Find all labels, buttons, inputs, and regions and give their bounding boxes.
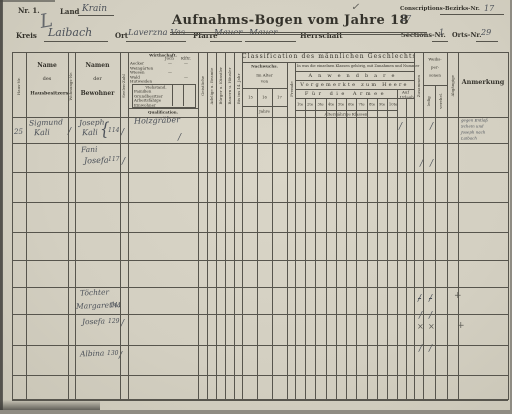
economy-box-title: Wirthschaft. bbox=[147, 53, 180, 58]
class-column-label: Adelige u. Beamte bbox=[209, 68, 215, 105]
ort-value-handwritten: Laverzna Vas bbox=[128, 28, 185, 38]
grid-line bbox=[432, 41, 448, 42]
offspring-age-value: 16 bbox=[260, 95, 268, 99]
grid-line bbox=[242, 88, 287, 89]
female-married-column-label: verehel. bbox=[439, 92, 445, 109]
offspring-age-value: 15 bbox=[246, 95, 254, 99]
entry-inhabitant-firstname: Josefa bbox=[82, 317, 105, 327]
grid-line bbox=[172, 84, 173, 106]
grid-line bbox=[12, 232, 508, 233]
departed-column-label: Abgängige bbox=[450, 68, 456, 105]
entry-conscription-number: 129 bbox=[108, 318, 119, 325]
grid-line bbox=[170, 32, 427, 33]
age-class-header: 5te bbox=[338, 102, 344, 106]
total-column-label: Zusammen bbox=[416, 68, 422, 105]
struck-tick-mark: / bbox=[418, 294, 421, 304]
remark-note-line: Laibach bbox=[461, 136, 477, 141]
sections-number-value: 1 bbox=[439, 28, 444, 37]
owner-column-label-line3: Hausbesitzers bbox=[30, 91, 64, 97]
tick-mark: / bbox=[429, 311, 432, 321]
grid-line bbox=[242, 62, 414, 63]
census-form-sheet: Nr. 1. Land Krain L ✓ Aufnahms-Bogen vom… bbox=[2, 0, 510, 410]
grid-line bbox=[295, 89, 414, 90]
grid-line bbox=[12, 345, 508, 346]
grid-line bbox=[26, 52, 27, 400]
grid-line bbox=[128, 108, 198, 109]
checkmark: ✓ bbox=[351, 2, 359, 13]
grid-line bbox=[12, 52, 13, 400]
grid-line bbox=[423, 85, 447, 86]
offspring-age-caption-line1: Im Alter bbox=[251, 73, 278, 78]
economy-dash: — bbox=[168, 70, 172, 75]
entry-house-number: 25 bbox=[14, 128, 23, 136]
grid-line bbox=[12, 52, 508, 53]
grid-line bbox=[128, 52, 129, 400]
age-class-header: 8te bbox=[369, 102, 375, 106]
offspring-box-title: Nachwuchs. bbox=[251, 64, 278, 69]
herrschaft-value-handwritten: Mauer bbox=[249, 28, 277, 38]
grid-line bbox=[295, 98, 414, 99]
tick-mark: / bbox=[430, 159, 433, 169]
grid-line bbox=[414, 52, 415, 400]
page-title: Aufnahms-Bogen vom Jahre 18 bbox=[172, 13, 409, 28]
tick-mark: / bbox=[178, 133, 181, 143]
house-number-column-label: Haus-Nr. bbox=[17, 68, 23, 105]
remarks-column-label: Anmerkung bbox=[458, 78, 508, 86]
entry-conscription-number: 114 bbox=[108, 127, 119, 134]
grid-line bbox=[287, 62, 288, 400]
economy-unit-klafter: Klftr. bbox=[181, 56, 191, 61]
title-year-handwritten: 27 bbox=[401, 14, 411, 23]
inhabitants-column-label-line3: Bewohner bbox=[75, 90, 120, 97]
remark-note-line: Joseph nach bbox=[461, 130, 485, 135]
land-value-handwritten: Krain bbox=[82, 4, 107, 14]
age-class-header: 1te bbox=[297, 102, 303, 106]
grid-line bbox=[447, 52, 448, 400]
tick-mark: / bbox=[122, 157, 125, 167]
economy-dash: — bbox=[168, 61, 172, 66]
orts-number-value: 29 bbox=[481, 28, 491, 37]
age-class-header: 3te bbox=[317, 102, 324, 106]
grid-line bbox=[183, 84, 184, 106]
inhabitants-column-label-line1: Namen bbox=[75, 62, 120, 69]
grid-line bbox=[242, 52, 243, 400]
grid-line bbox=[216, 52, 217, 400]
grid-line bbox=[170, 34, 427, 35]
economy-box-footer: Qualification. bbox=[147, 110, 180, 115]
struck-tick-mark: / bbox=[429, 294, 432, 304]
grid-line bbox=[68, 52, 69, 400]
livestock-row-label: Einwohner bbox=[134, 103, 156, 108]
furlough-box-line1: Auf bbox=[400, 90, 411, 95]
offspring-age-caption-line2: von bbox=[251, 79, 278, 84]
female-box-label-line1: Weibs- bbox=[427, 57, 443, 62]
souls-count-column-label: Seelen-Zahl bbox=[122, 68, 128, 105]
class-column-label: Bauern u. Häusler bbox=[227, 68, 233, 105]
scan-edge-left bbox=[0, 0, 3, 410]
livestock-row-label: Familien bbox=[134, 89, 151, 94]
grid-line bbox=[198, 52, 199, 400]
scan-edge-bottom bbox=[0, 400, 100, 410]
grid-line bbox=[207, 52, 208, 400]
age-class-header: 10te bbox=[389, 102, 395, 106]
entry-inhabitant-group: Töchter bbox=[80, 287, 109, 297]
grid-line bbox=[78, 15, 114, 16]
remark-note-line: gegen Entlaß bbox=[461, 118, 488, 123]
tick-mark: / bbox=[419, 311, 422, 321]
class-column-label: Geistliche bbox=[200, 68, 206, 105]
grid-line bbox=[272, 88, 273, 400]
entry-inhabitant-surname: Kali bbox=[82, 128, 98, 138]
orts-number-label: Orts-Nr. bbox=[452, 31, 481, 39]
grid-line bbox=[12, 143, 508, 144]
entry-inhabitant-firstname: Fani bbox=[81, 145, 98, 155]
economy-row-label: Aecker bbox=[130, 61, 144, 66]
owner-column-label-line1: Name bbox=[26, 62, 68, 69]
livestock-row-label: Arbeitsfähige bbox=[134, 98, 161, 103]
x-mark: × bbox=[428, 322, 435, 331]
tick-mark: / bbox=[399, 122, 402, 132]
owner-column-label-line2: des bbox=[26, 76, 68, 82]
grid-line bbox=[12, 117, 508, 118]
grid-line bbox=[423, 52, 424, 400]
classification-band-line3: Vorgemerkte zum Heere bbox=[295, 82, 414, 88]
offspring-age-value: 17 bbox=[275, 95, 283, 99]
conscription-district-label: Conscriptions-Bezirks-Nr. bbox=[400, 6, 480, 12]
grid-line bbox=[12, 375, 508, 376]
grid-line bbox=[75, 52, 76, 400]
economy-dash: — bbox=[184, 61, 188, 66]
land-label: Land bbox=[60, 7, 79, 16]
grid-line bbox=[458, 52, 459, 400]
offspring-years-caption: Jahre bbox=[251, 109, 278, 114]
entry-inhabitant-firstname: Albina bbox=[80, 349, 105, 359]
grid-line bbox=[397, 89, 398, 400]
ort-label: Ort bbox=[115, 31, 128, 40]
classification-title: Classification des männlichen Geschlecht… bbox=[242, 53, 414, 60]
grid-line bbox=[225, 52, 226, 400]
tick-mark: / bbox=[121, 319, 124, 329]
grid-line bbox=[295, 71, 414, 72]
grid-line bbox=[242, 106, 287, 107]
entry-inhabitant-firstname: Josefa bbox=[84, 156, 109, 166]
grid-line bbox=[126, 41, 186, 42]
grid-line bbox=[12, 172, 508, 173]
age-class-header: 7te bbox=[358, 102, 365, 106]
grid-line bbox=[120, 52, 121, 400]
scan-edge-top bbox=[0, 0, 55, 2]
conscription-district-value: 17 bbox=[484, 4, 494, 13]
grid-line bbox=[508, 52, 509, 400]
grid-line bbox=[295, 80, 414, 81]
grid-line bbox=[435, 85, 436, 400]
grid-line bbox=[257, 88, 258, 400]
grid-line bbox=[210, 41, 242, 42]
grid-line bbox=[12, 287, 508, 288]
economy-unit-joch: Joch bbox=[165, 56, 174, 61]
age-class-header: 9te bbox=[379, 102, 385, 106]
form-number-label: Nr. 1. bbox=[18, 6, 40, 15]
tick-mark: / bbox=[430, 122, 433, 132]
female-single-column-label: ledig bbox=[427, 92, 433, 109]
grid-line bbox=[44, 41, 108, 42]
grid-line bbox=[12, 260, 508, 261]
grid-line bbox=[295, 62, 296, 400]
grid-line bbox=[234, 52, 235, 400]
entry-owner-surname: Kali bbox=[34, 128, 50, 138]
classification-band-line1: In was die einzelnen Klassen gehörig, mi… bbox=[297, 64, 405, 68]
entry-owner-firstname: Sigmund bbox=[29, 117, 63, 127]
age-class-header: 6te bbox=[348, 102, 354, 106]
pfarre-value-handwritten: Mauer bbox=[214, 28, 242, 38]
age-class-header: 4te bbox=[328, 102, 334, 106]
grid-line bbox=[295, 110, 397, 111]
kreis-label: Kreis bbox=[16, 31, 37, 40]
female-box-label-line2: per- bbox=[427, 65, 443, 70]
classification-band-line2: Anwendbare bbox=[295, 73, 414, 79]
inhabitants-column-label-line2: der bbox=[75, 76, 120, 82]
grid-line bbox=[12, 202, 508, 203]
entry-conscription-number: 117 bbox=[108, 156, 119, 163]
female-box-label-line3: sonen bbox=[427, 73, 443, 78]
dwelling-number-column-label: Wohnungs-Nr. bbox=[69, 68, 75, 105]
age-class-header: 2te bbox=[307, 102, 313, 106]
grid-line bbox=[440, 14, 504, 15]
classification-band-line4: Für die Armee bbox=[295, 91, 397, 97]
grid-line bbox=[245, 41, 296, 42]
economy-dash: — bbox=[184, 75, 188, 80]
kreis-value-handwritten: Laibach bbox=[48, 26, 92, 39]
tick-mark: / bbox=[121, 128, 124, 138]
grid-line bbox=[12, 399, 508, 401]
grid-line bbox=[476, 41, 498, 42]
entry-conscription-number: 130 bbox=[107, 350, 118, 357]
class-column-label: Bürger u. Künstler bbox=[218, 68, 224, 105]
remark-note-line: Schein und bbox=[461, 124, 484, 129]
grid-line bbox=[12, 314, 508, 315]
